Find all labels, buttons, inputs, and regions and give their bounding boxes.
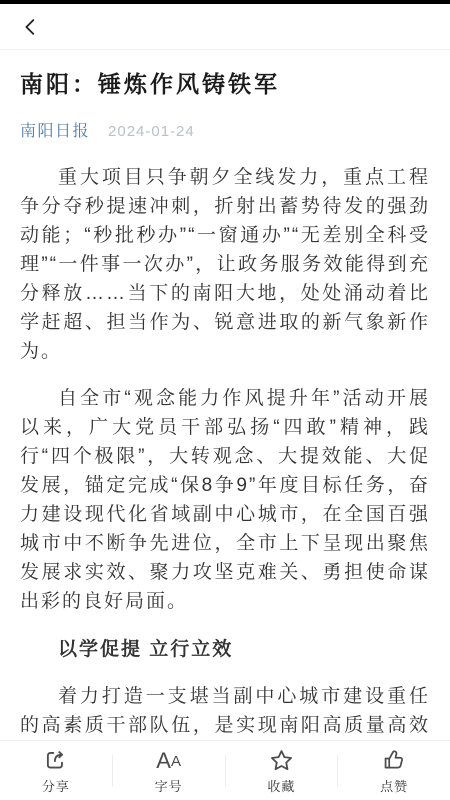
thumbs-up-icon xyxy=(381,747,407,774)
header xyxy=(0,4,450,50)
paragraph: 重大项目只争朝夕全线发力，重点工程争分夺秒提速冲刺，折射出蓄势待发的强劲动能；“… xyxy=(20,163,430,366)
paragraph: 自全市“观念能力作风提升年”活动开展以来，广大党员干部弘扬“四敢”精神，践行“四… xyxy=(20,384,430,616)
back-button[interactable] xyxy=(12,12,50,42)
star-icon xyxy=(268,747,295,774)
share-icon xyxy=(43,747,69,774)
article-content: 南阳：锤炼作风铸铁军 南阳日报 2024-01-24 重大项目只争朝夕全线发力，… xyxy=(0,68,450,769)
toolbar-item-label: 点赞 xyxy=(380,776,408,795)
toolbar-item-label: 字号 xyxy=(155,776,183,795)
section-subheading: 以学促提 立行立效 xyxy=(20,635,430,664)
font-size-button[interactable]: AA 字号 xyxy=(113,741,225,800)
page-title: 南阳：锤炼作风铸铁军 xyxy=(20,68,430,100)
share-button[interactable]: 分享 xyxy=(0,741,112,800)
toolbar-item-label: 分享 xyxy=(42,776,70,795)
font-size-icon: AA xyxy=(156,747,181,774)
like-button[interactable]: 点赞 xyxy=(338,741,450,800)
article-screen: 南阳：锤炼作风铸铁军 南阳日报 2024-01-24 重大项目只争朝夕全线发力，… xyxy=(0,0,450,800)
source-link[interactable]: 南阳日报 xyxy=(20,118,90,141)
toolbar-item-label: 收藏 xyxy=(267,776,295,795)
article-date: 2024-01-24 xyxy=(108,123,195,140)
bottom-toolbar: 分享 AA 字号 收藏 xyxy=(0,740,450,800)
article-meta: 南阳日报 2024-01-24 xyxy=(20,118,430,141)
chevron-left-icon xyxy=(20,16,42,38)
favorite-button[interactable]: 收藏 xyxy=(226,741,338,800)
